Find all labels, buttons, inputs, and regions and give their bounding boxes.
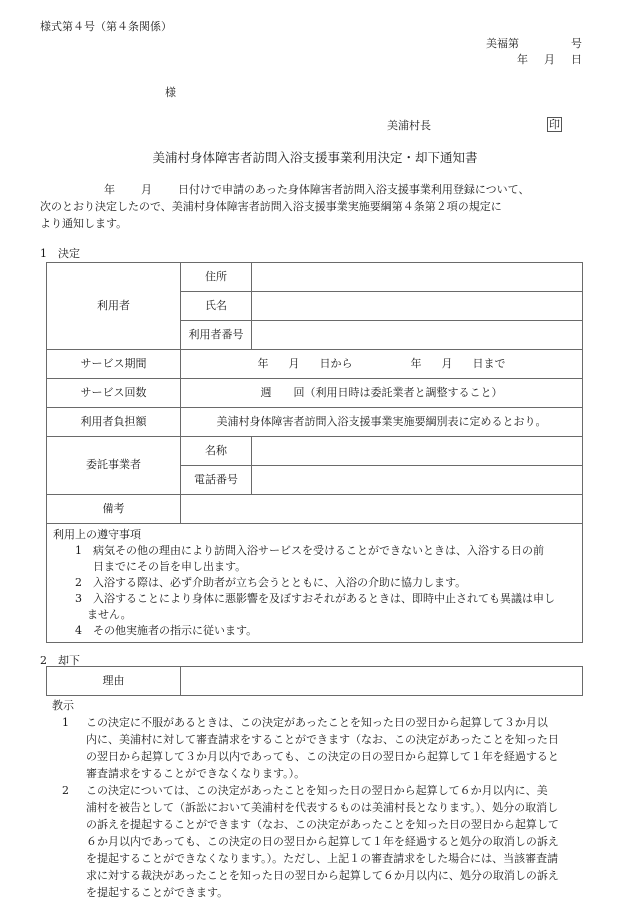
address-field[interactable] [252, 263, 583, 292]
notice-line: を提起することができなくなります。）。ただし、上記１の審査請求をした場合には、当… [86, 850, 600, 867]
rule-text: 病気その他の理由により訪問入浴サービスを受けることができないときは、入浴する日の… [93, 544, 544, 557]
document-title: 美浦村身体障害者訪問入浴支援事業利用決定・却下通知書 [0, 150, 630, 166]
name-label: 氏名 [181, 292, 252, 321]
contractor-phone-field[interactable] [252, 466, 583, 495]
user-number-field[interactable] [252, 321, 583, 350]
notice-line: 審査請求をすることができなくなります。）。 [86, 765, 600, 782]
intro-month: 月 [141, 183, 152, 196]
to-day: 日まで [473, 357, 506, 370]
rule-number: 2 [75, 575, 93, 591]
service-frequency-label: サービス回数 [47, 379, 181, 408]
notice-item: 2 この決定については、この決定があったことを知った日の翌日から起算して６か月以… [40, 782, 600, 901]
frequency-week: 週 [261, 386, 272, 399]
user-number-label: 利用者番号 [181, 321, 252, 350]
frequency-times: 回（利用日時は委託業者と調整すること） [294, 386, 503, 399]
reason-field[interactable] [181, 667, 583, 696]
document-date: 年月日 [517, 53, 582, 67]
rule-number: 1 [75, 543, 93, 559]
name-field[interactable] [252, 292, 583, 321]
notice-heading: 教示 [40, 697, 600, 714]
notice-number: 2 [62, 782, 69, 799]
seal-icon: 印 [547, 117, 562, 132]
rules-heading: 利用上の遵守事項 [53, 527, 576, 543]
form-number: 様式第４号（第４条関係） [40, 20, 172, 34]
decision-table: 利用者 住所 氏名 利用者番号 サービス期間 年月日から年月日まで サービス回数… [46, 262, 583, 643]
user-charge-value: 美浦村身体障害者訪問入浴支援事業実施要綱別表に定めるとおり。 [181, 408, 583, 437]
rule-number: 4 [75, 623, 93, 639]
rule-text: 入浴する際は、必ず介助者が立ち会うとともに、入浴の介助に協力します。 [93, 576, 466, 589]
date-day: 日 [571, 53, 582, 66]
intro-year: 年 [104, 183, 115, 196]
intro-line3: より通知します。 [40, 215, 600, 232]
rules-cell: 利用上の遵守事項 1病気その他の理由により訪問入浴サービスを受けることができない… [47, 524, 583, 643]
rule-item: 2入浴する際は、必ず介助者が立ち会うとともに、入浴の介助に協力します。 [53, 575, 576, 591]
contractor-name-label: 名称 [181, 437, 252, 466]
doc-number-suffix: 号 [571, 37, 582, 50]
rule-text-cont: 日までにその旨を申し出ます。 [65, 559, 576, 575]
rule-item: 4その他実施者の指示に従います。 [53, 623, 576, 639]
date-month: 月 [544, 53, 555, 66]
notice-line: 求に対する裁決があったことを知った日の翌日から起算して６か月以内に、処分の取消し… [86, 867, 600, 884]
notice-line: の訴えを提起することができます（なお、この決定があったことを知った日の翌日から起… [86, 816, 600, 833]
notice-item: 1 この決定に不服があるときは、この決定があったことを知った日の翌日から起算して… [40, 714, 600, 782]
rule-number: 3 [75, 591, 93, 607]
date-year: 年 [517, 53, 528, 66]
contractor-label: 委託事業者 [47, 437, 181, 495]
rule-text-cont: ません。 [65, 607, 576, 623]
notice-number: 1 [62, 714, 69, 731]
notice-line: の翌日から起算して３か月以内であっても、この決定の日の翌日から起算して１年を経過… [86, 748, 600, 765]
remarks-label: 備考 [47, 495, 181, 524]
notice-line: 内に、美浦村に対して審査請求をすることができます（なお、この決定があったことを知… [86, 731, 600, 748]
notice-line: この決定については、この決定があったことを知った日の翌日から起算して６か月以内に… [86, 782, 600, 799]
contractor-name-field[interactable] [252, 437, 583, 466]
remarks-field[interactable] [181, 495, 583, 524]
user-charge-label: 利用者負担額 [47, 408, 181, 437]
to-year: 年 [411, 357, 422, 370]
doc-number-prefix: 美福第 [486, 37, 519, 50]
from-year: 年 [258, 357, 269, 370]
intro-line1: 日付けで申請のあった身体障害者訪問入浴支援事業利用登録について、 [178, 183, 529, 196]
notice-line: を提起することができます。 [86, 884, 600, 901]
reason-label: 理由 [47, 667, 181, 696]
notice-line: 浦村を被告として（訴訟において美浦村を代表するものは美浦村長となります。）、処分… [86, 799, 600, 816]
rule-item: 3入浴することにより身体に悪影響を及ぼすおそれがあるときは、即時中止されても異議… [53, 591, 576, 623]
addressee: 様 [165, 86, 176, 100]
rule-text: 入浴することにより身体に悪影響を及ぼすおそれがあるときは、即時中止されても異議は… [93, 592, 555, 605]
rule-item: 1病気その他の理由により訪問入浴サービスを受けることができないときは、入浴する日… [53, 543, 576, 575]
intro-line2: 次のとおり決定したので、美浦村身体障害者訪問入浴支援事業実施要綱第４条第２項の規… [40, 198, 600, 215]
issuer: 美浦村長 [387, 119, 431, 133]
notice-line: この決定に不服があるときは、この決定があったことを知った日の翌日から起算して３か… [86, 714, 600, 731]
from-day: 日から [320, 357, 353, 370]
from-month: 月 [289, 357, 300, 370]
notice-section: 教示 1 この決定に不服があるときは、この決定があったことを知った日の翌日から起… [40, 697, 600, 901]
intro-paragraph: 年月日付けで申請のあった身体障害者訪問入浴支援事業利用登録について、 次のとおり… [40, 181, 600, 232]
to-month: 月 [442, 357, 453, 370]
section1-heading: 1 決定 [40, 247, 80, 261]
rejection-table: 理由 [46, 666, 583, 696]
contractor-phone-label: 電話番号 [181, 466, 252, 495]
service-frequency-field[interactable]: 週回（利用日時は委託業者と調整すること） [181, 379, 583, 408]
rule-text: その他実施者の指示に従います。 [93, 624, 257, 637]
address-label: 住所 [181, 263, 252, 292]
document-number: 美福第号 [486, 37, 582, 51]
user-label: 利用者 [47, 263, 181, 350]
service-period-field[interactable]: 年月日から年月日まで [181, 350, 583, 379]
service-period-label: サービス期間 [47, 350, 181, 379]
notice-line: ６か月以内であっても、この決定の日の翌日から起算して１年を経過すると処分の取消し… [86, 833, 600, 850]
